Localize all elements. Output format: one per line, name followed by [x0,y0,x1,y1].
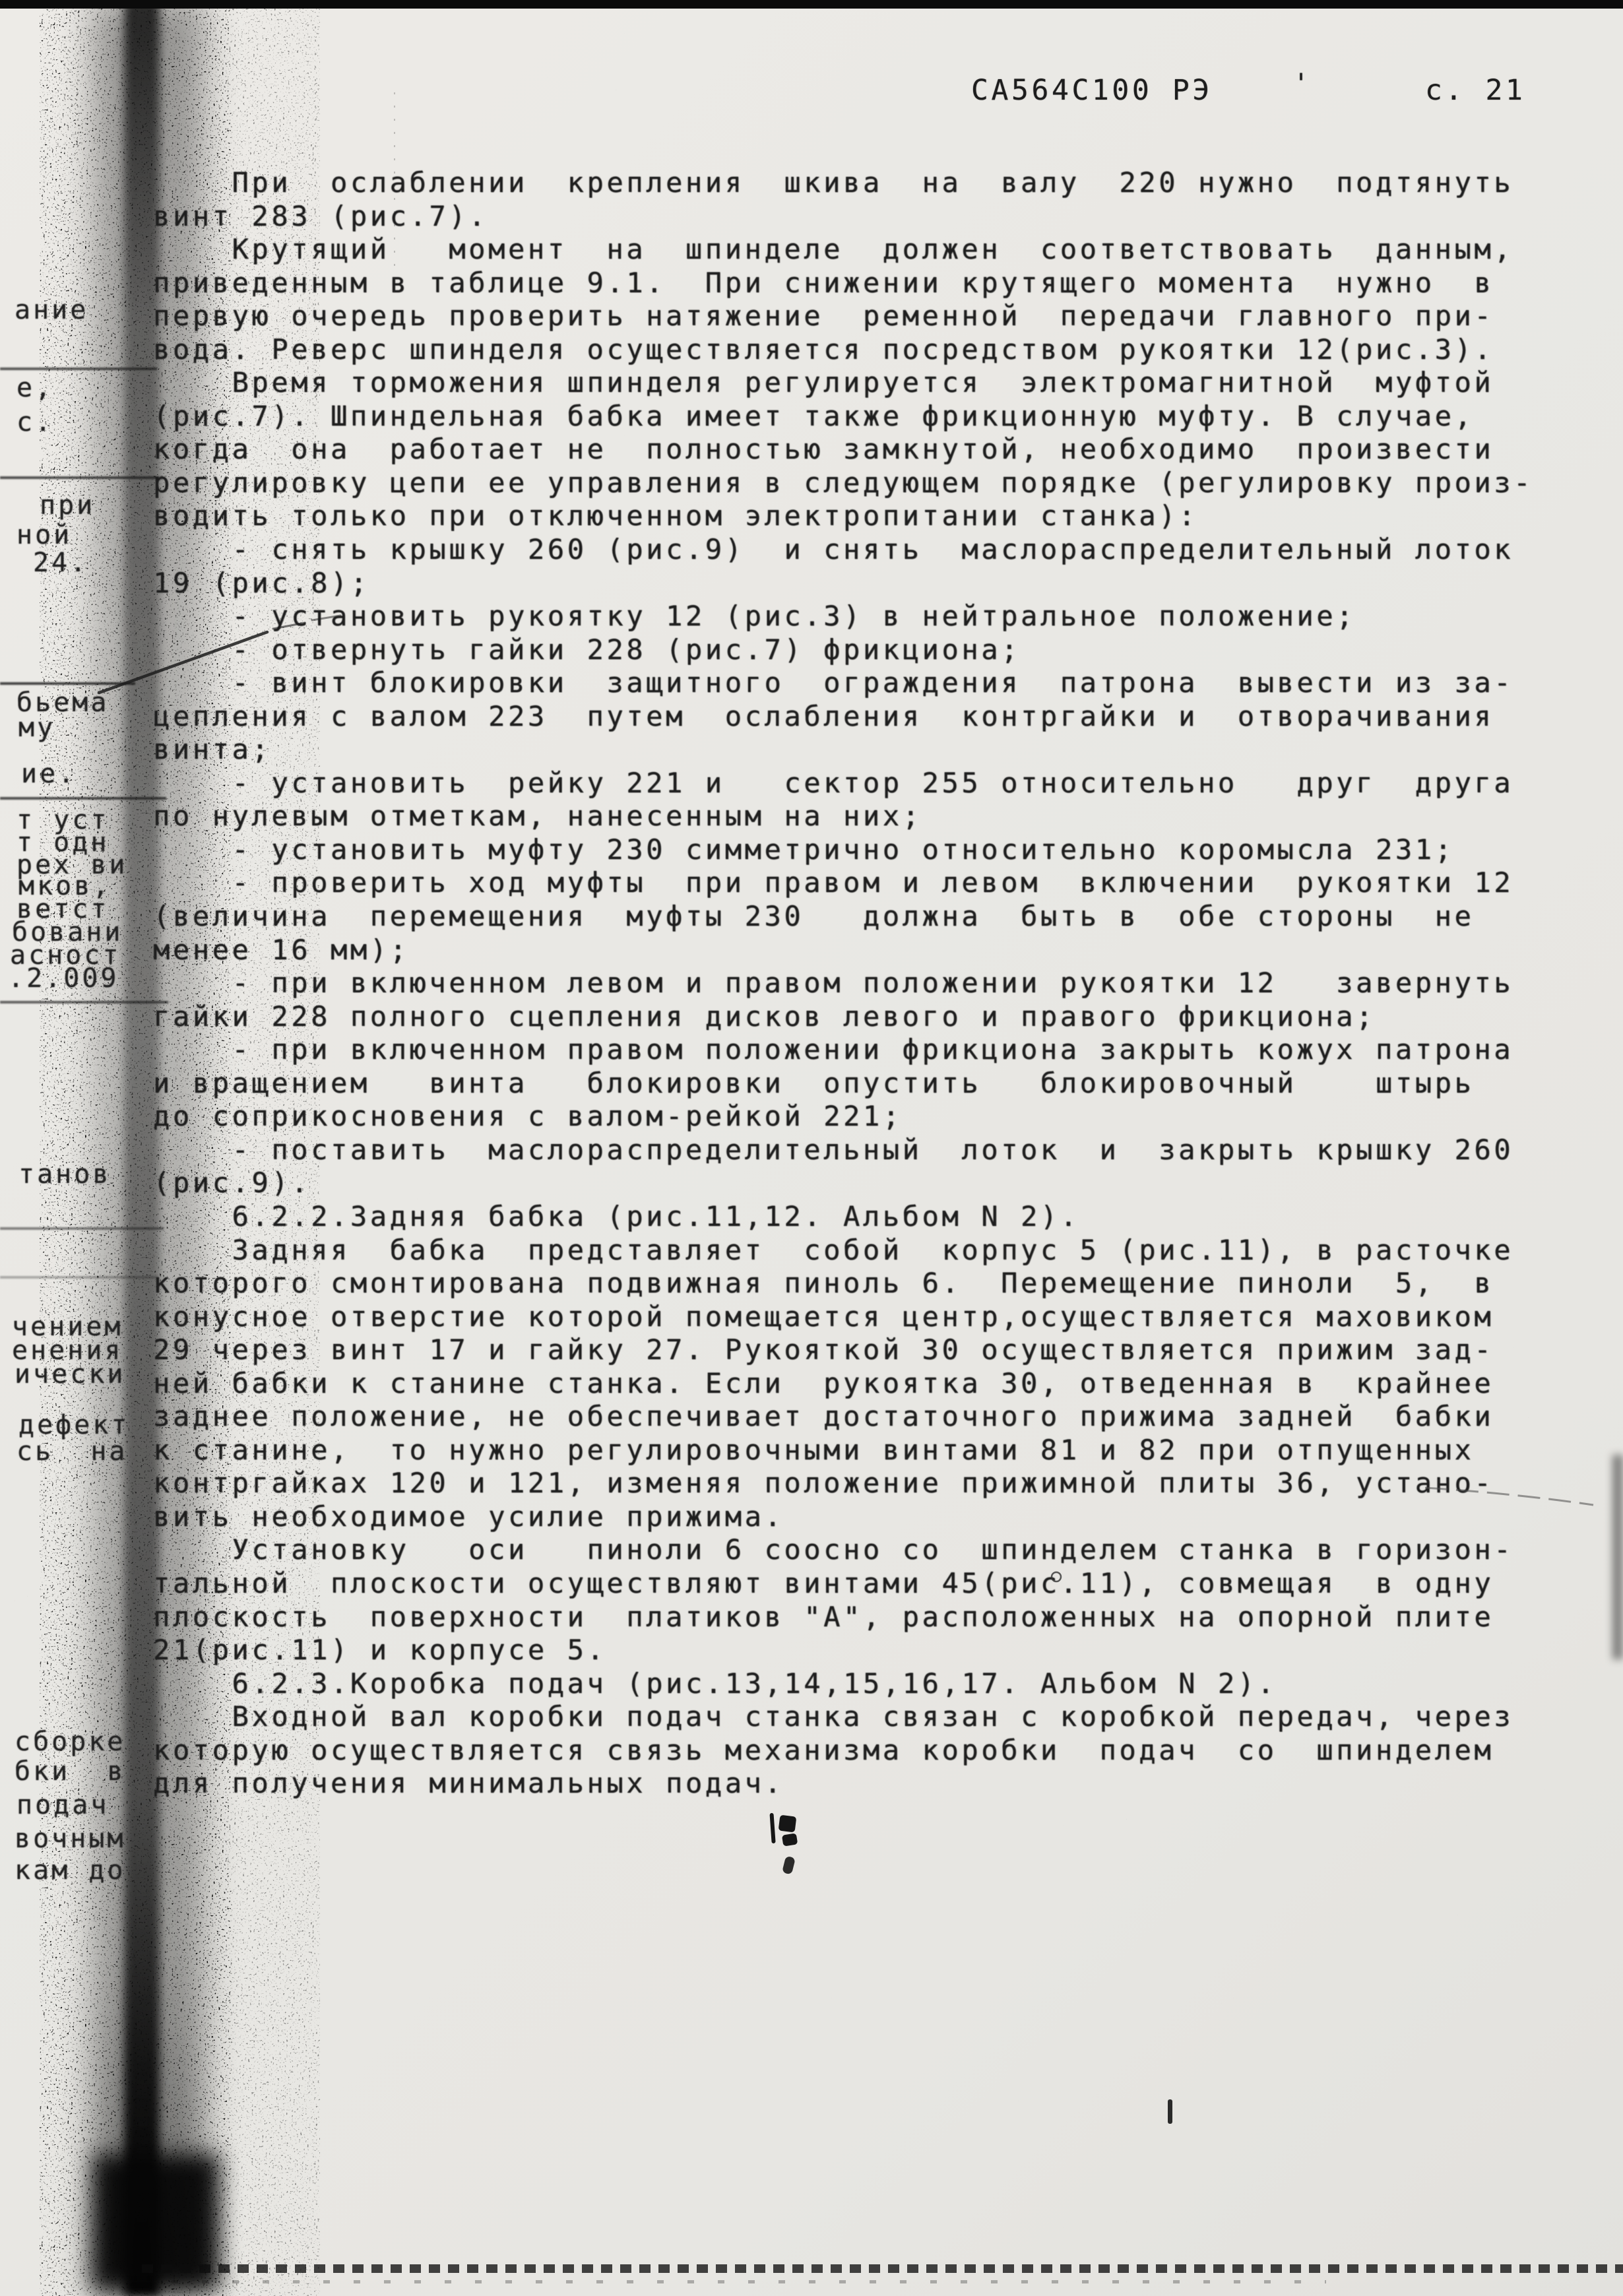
scan-top-edge [0,0,1623,9]
body-line: до соприкосновения с валом-рейкой 221; [153,1100,1578,1133]
body-line: Время торможения шпинделя регулируется э… [153,366,1578,400]
margin-rule [0,1227,164,1230]
doc-code: СА564С100 РЭ [971,74,1213,107]
body-line: Входной вал коробки подач станка связан … [153,1700,1578,1734]
body-line: плоскость поверхности платиков "А", расп… [153,1601,1578,1634]
body-line: - при включенном левом и правом положени… [153,967,1578,1000]
body-line: вода. Реверс шпинделя осуществляется пос… [153,333,1578,367]
margin-fragment: вочным [15,1824,126,1854]
body-line: 21(рис.11) и корпусе 5. [153,1634,1578,1667]
body-line: Установку оси пиноли 6 соосно со шпиндел… [153,1533,1578,1567]
body-line: Крутящий момент на шпинделе должен соотв… [153,233,1578,267]
margin-fragment: ически [15,1359,126,1389]
margin-fragment: с. [16,407,53,437]
body-line: заднее положение, не обеспечивает достат… [153,1400,1578,1434]
body-line: ней бабки к станине станка. Если рукоятк… [153,1367,1578,1401]
body-line: - поставить маслораспределительный лоток… [153,1133,1578,1167]
body-line: - отвернуть гайки 228 (рис.7) фрикциона; [153,633,1578,667]
margin-fragment: ие. [21,759,77,789]
body-line: - при включенном правом положении фрикци… [153,1033,1578,1067]
body-line: 19 (рис.8); [153,567,1578,600]
margin-rule [0,682,135,685]
margin-fragment: ной [16,520,72,550]
body-line: которую осуществляется связь механизма к… [153,1734,1578,1768]
margin-fragment: му [18,713,55,743]
body-line: вить необходимое усилие прижима. [153,1500,1578,1534]
body-line: (рис.9). [153,1166,1578,1200]
body-line: При ослаблении крепления шкива на валу 2… [153,166,1578,200]
stray-apostrophe-mark: ' [1293,69,1312,99]
margin-fragment: сь на [16,1436,128,1467]
body-line: по нулевым отметкам, нанесенным на них; [153,800,1578,833]
body-text: При ослаблении крепления шкива на валу 2… [153,166,1578,1801]
body-line: - винт блокировки защитного ограждения п… [153,666,1578,700]
body-line: к станине, то нужно регулировочными винт… [153,1434,1578,1467]
body-line: первую очередь проверить натяжение ремен… [153,300,1578,333]
body-line: - установить рейку 221 и сектор 255 отно… [153,767,1578,800]
body-line: Задняя бабка представляет собой корпус 5… [153,1234,1578,1267]
body-line: водить только при отключенном электропит… [153,499,1578,533]
margin-fragment: 24. [33,548,88,578]
body-line: 6.2.2.Задняя бабка (рис.11,12. Альбом N … [153,1200,1578,1234]
scan-right-smudge [1612,1455,1623,1659]
margin-rule [0,797,166,800]
body-line: 6.2.3.Коробка подач (рис.13,14,15,16,17.… [153,1667,1578,1701]
margin-rule [0,476,160,479]
margin-rule [0,1276,158,1279]
body-line: - снять крышку 260 (рис.9) и снять масло… [153,533,1578,567]
page-number: с. 21 [1425,74,1525,107]
body-line: - установить рукоятку 12 (рис.3) в нейтр… [153,600,1578,633]
margin-fragment: при [40,490,95,521]
scan-bottom-edge-line-2 [172,2280,1326,2283]
body-line: винт 283 (рис.7). [153,200,1578,234]
margin-fragment: е, [16,373,53,403]
margin-fragment: кам до [15,1855,126,1886]
body-line: конусное отверстие которой помещается це… [153,1300,1578,1334]
margin-fragment: .2.009 [8,963,119,994]
body-line: гайки 228 полного сцепления дисков левог… [153,1000,1578,1034]
margin-fragment: танов [18,1159,111,1190]
margin-fragment: ание [15,295,88,325]
margin-rule [0,1001,168,1004]
margin-fragment: сборке [15,1727,126,1757]
body-line: которого смонтирована подвижная пиноль 6… [153,1267,1578,1300]
body-line: регулировку цепи ее управления в следующ… [153,466,1578,500]
body-line: - проверить ход муфты при правом и левом… [153,866,1578,900]
body-line: когда она работает не полностью замкнуто… [153,433,1578,466]
body-line: (величина перемещения муфты 230 должна б… [153,900,1578,934]
body-line: винта; [153,733,1578,767]
margin-fragment: подач [16,1790,109,1820]
scanned-page: СА564С100 РЭ ' с. 21 При ослаблении креп… [0,0,1623,2296]
body-line: тальной плоскости осуществляют винтами 4… [153,1567,1578,1601]
body-line: приведенным в таблице 9.1. При снижении … [153,267,1578,300]
body-line: 29 через винт 17 и гайку 27. Рукояткой 3… [153,1333,1578,1367]
body-line: менее 16 мм); [153,934,1578,967]
body-line: контргайках 120 и 121, изменяя положение… [153,1467,1578,1500]
margin-rule [0,367,157,370]
body-line: и вращением винта блокировки опустить бл… [153,1067,1578,1100]
body-line: - установить муфту 230 симметрично относ… [153,833,1578,867]
body-line: (рис.7). Шпиндельная бабка имеет также ф… [153,400,1578,433]
body-line: цепления с валом 223 путем ослабления ко… [153,700,1578,734]
body-line: для получения минимальных подач. [153,1767,1578,1801]
margin-fragment: бки в [15,1756,126,1787]
scan-bottom-edge-line [142,2264,1623,2273]
